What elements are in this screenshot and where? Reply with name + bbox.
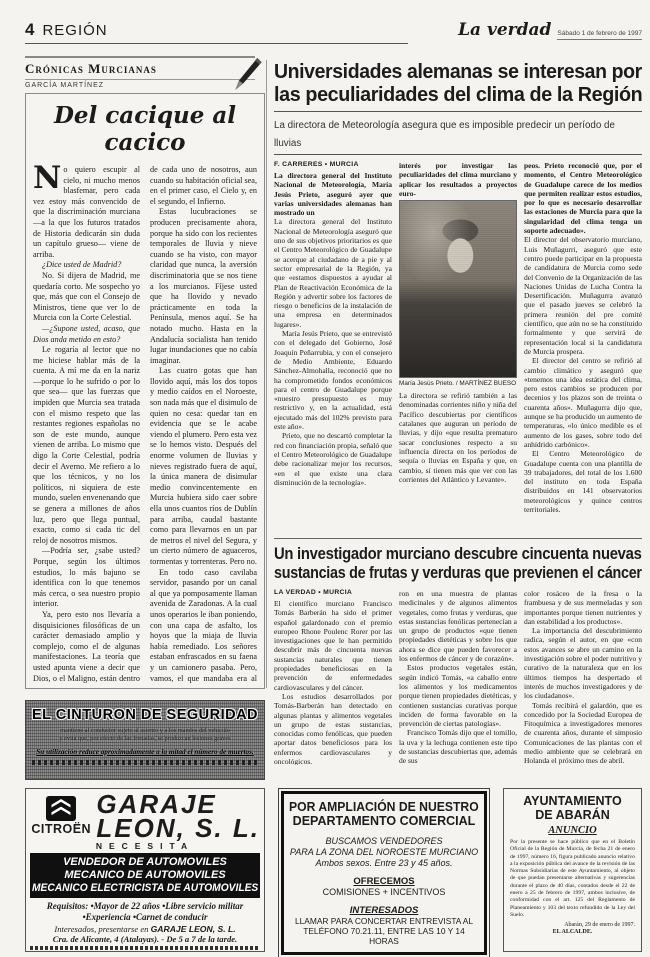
ad-line: Ambos sexos. Entre 23 y 45 años. xyxy=(289,858,479,869)
ad-title: POR AMPLIACIÓN DE NUESTRO xyxy=(289,800,479,814)
article-paragraph: El Centro Meteorológico de Guadalupe cue… xyxy=(524,449,642,514)
header-left: 4REGIÓN xyxy=(25,20,108,40)
garage-jobs-box: VENDEDOR DE AUTOMOVILES MECANICO DE AUTO… xyxy=(30,853,260,898)
abaran-ad: AYUNTAMIENTO DE ABARÁN ANUNCIO Por la pr… xyxy=(503,788,642,952)
ad-offer-label: OFRECEMOS xyxy=(289,876,479,887)
garage-job: MECANICO ELECTRICISTA DE AUTOMOVILES xyxy=(32,882,258,895)
abaran-date: Abarán, 29 de enero de 1997. xyxy=(510,922,635,928)
main-headline: las peculiaridades del clima de la Regió… xyxy=(274,83,642,106)
article-paragraph: Francisco Tomás dijo que el tomillo, la … xyxy=(399,728,517,765)
second-headline: sustancias de frutas y verduras que prev… xyxy=(274,564,642,583)
article-paragraph: El director del centro se refirió al cam… xyxy=(524,356,642,449)
column-paragraph: —¿Supone usted, acaso, que Dios anda met… xyxy=(33,324,140,345)
article-paragraph: La importancia del descubrimiento radica… xyxy=(524,626,642,700)
citroen-chevron-icon xyxy=(46,796,76,821)
article-column-1: F. CARRERES • MURCIA La directora genera… xyxy=(274,161,392,529)
cronica-rule xyxy=(25,56,255,58)
main-subhead: La directora de Meteorología asegura que… xyxy=(274,120,615,149)
column-paragraph: —Podría ser, ¿sabe usted? Porque, según … xyxy=(33,546,140,610)
column-paragraph: Estas lucubraciones se producen precisam… xyxy=(150,207,257,366)
seatbelt-banner: EL CINTURON DE SEGURIDAD mantiene al con… xyxy=(25,700,265,780)
article-paragraph: Tomás recibirá el galardón, que es conce… xyxy=(524,701,642,765)
page-number: 4 xyxy=(25,20,34,39)
seatbelt-banner-title: EL CINTURON DE SEGURIDAD xyxy=(32,707,258,723)
ad-offer-value: COMISIONES + INCENTIVOS xyxy=(289,887,479,897)
ads-row: CITROËN GARAJE LEON, S. L. NECESITA VEND… xyxy=(25,788,642,957)
column-divider xyxy=(266,60,267,688)
column-paragraph: Le rogaría al lector que no me hiciese h… xyxy=(33,345,140,546)
ad-line: BUSCAMOS VENDEDORES xyxy=(289,836,479,847)
ad-interested-label: INTERESADOS xyxy=(289,905,479,916)
cronica-body: No quiero escupir al cielo, ni mucho men… xyxy=(33,165,257,685)
page-header: 4REGIÓN La verdadSábado 1 de febrero de … xyxy=(25,20,642,44)
article-column-1: LA VERDAD • MURCIA El científico murcian… xyxy=(274,589,392,765)
article-paragraph: ron en una muestra de plantas medicinale… xyxy=(399,589,517,663)
second-article: Un investigador murciano descubre cincue… xyxy=(274,538,642,765)
garage-name: LEON, S. L. xyxy=(96,816,260,840)
abaran-body: Por la presente se hace público que en e… xyxy=(510,839,635,919)
seatbelt-banner-text: mantiene al conductor sujeto al asiento … xyxy=(32,727,258,735)
issue-date: Sábado 1 de febrero de 1997 xyxy=(557,30,642,40)
masthead: La verdad xyxy=(458,20,551,40)
ad-title: DEPARTAMENTO COMERCIAL xyxy=(293,814,476,828)
comercial-ad: POR AMPLIACIÓN DE NUESTRO DEPARTAMENTO C… xyxy=(278,788,490,957)
drop-cap: N xyxy=(33,165,63,191)
garage-requirements: Requisitos: •Mayor de 22 años •Libre ser… xyxy=(30,901,260,922)
photo-caption: María Jesús Prieto. / MARTÍNEZ BUESO xyxy=(399,380,517,387)
cronica-frame: Del cacique al cacico No quiero escupir … xyxy=(25,93,265,689)
column-paragraph: Las cuatro gotas que han llovido aquí, m… xyxy=(150,366,257,567)
garage-address: Cra. de Alicante, 4 (Atalayas). - De 5 a… xyxy=(30,934,260,944)
article-paragraph: La directora se refirió también a las de… xyxy=(399,391,517,484)
article-column-2: ron en una muestra de plantas medicinale… xyxy=(399,589,517,765)
ad-contact: TELÉFONO 70.21.11, ENTRE LAS 10 Y 14 HOR… xyxy=(289,926,479,946)
article-column-3: color rosáceo de la fresa o la frambuesa… xyxy=(524,589,642,765)
cronica-column: Crónicas Murcianas GARCÍA MARTÍNEZ Del c… xyxy=(25,56,265,689)
column-paragraph: ¿Dice usted de Madrid? xyxy=(33,260,140,271)
main-article: Universidades alemanas se interesan por … xyxy=(274,60,642,765)
article-paragraph: El científico murciano Francisco Tomás B… xyxy=(274,599,392,692)
article-paragraph: María Jesús Prieto, que se entrevistó co… xyxy=(274,329,392,431)
lead-paragraph: La directora general del Instituto Nacio… xyxy=(274,171,392,217)
abaran-title: AYUNTAMIENTO xyxy=(510,794,635,808)
article-paragraph: Los estudios desarrollados por Tomás-Bar… xyxy=(274,692,392,765)
section-title: REGIÓN xyxy=(42,22,107,39)
column-paragraph: No quiero escupir al cielo, ni mucho men… xyxy=(33,165,140,260)
header-right: La verdadSábado 1 de febrero de 1997 xyxy=(458,20,642,40)
main-headline: Universidades alemanas se interesan por xyxy=(274,60,642,83)
main-byline: F. CARRERES • MURCIA xyxy=(274,161,392,168)
second-byline: LA VERDAD • MURCIA xyxy=(274,589,392,596)
lead-paragraph: interés por investigar las peculiaridade… xyxy=(399,161,517,198)
ad-contact: LLAMAR PARA CONCERTAR ENTREVISTA AL xyxy=(289,916,479,926)
garaje-leon-ad: CITROËN GARAJE LEON, S. L. NECESITA VEND… xyxy=(25,788,265,952)
ad-line: PARA LA ZONA DEL NOROESTE MURCIANO xyxy=(289,847,479,858)
citroen-brand: CITROËN xyxy=(31,822,91,836)
portrait-photo xyxy=(399,200,517,378)
pen-icon xyxy=(229,56,263,99)
article-paragraph: La directora general del Instituto Nacio… xyxy=(274,217,392,329)
column-title: Del cacique al cacico xyxy=(33,102,257,156)
lead-paragraph: peos. Prieto reconoció que, por el momen… xyxy=(524,161,642,235)
newspaper-page: { "page": { "number": "4", "section": "R… xyxy=(0,0,650,957)
header-rule xyxy=(25,43,408,44)
article-paragraph: Prieto, que no descartó completar la red… xyxy=(274,431,392,487)
main-subhead-block: La directora de Meteorología asegura que… xyxy=(274,111,642,155)
garage-job: MECANICO DE AUTOMOVILES xyxy=(64,869,225,882)
garage-hatch-strip xyxy=(30,946,260,950)
article-paragraph: El director del observatorio murciano, L… xyxy=(524,235,642,356)
garage-job: VENDEDOR DE AUTOMOVILES xyxy=(63,856,227,869)
abaran-title: DE ABARÁN xyxy=(510,808,635,822)
abaran-subtitle: ANUNCIO xyxy=(510,825,635,836)
article-column-3: peos. Prieto reconoció que, por el momen… xyxy=(524,161,642,529)
second-article-body: LA VERDAD • MURCIA El científico murcian… xyxy=(274,589,642,765)
article-column-2: interés por investigar las peculiaridade… xyxy=(399,161,517,529)
seatbelt-banner-footer: Su utilización reduce aproximadamente a … xyxy=(32,748,258,756)
article-paragraph: Estos productos vegetales están, según i… xyxy=(399,663,517,728)
column-paragraph: No. Si dijera de Madrid, me quedaría cor… xyxy=(33,271,140,324)
abaran-signature: EL ALCALDE. xyxy=(510,929,635,935)
seatbelt-banner-strip xyxy=(32,760,258,765)
main-article-body: F. CARRERES • MURCIA La directora genera… xyxy=(274,161,642,529)
article-paragraph: color rosáceo de la fresa o la frambuesa… xyxy=(524,589,642,626)
garage-contact: Interesados, presentarse en GARAJE LEON,… xyxy=(30,924,260,934)
cronica-rule xyxy=(25,79,255,80)
second-headline: Un investigador murciano descubre cincue… xyxy=(274,545,642,564)
seatbelt-banner-text: y evita que, por efecto de las frenadas,… xyxy=(32,735,258,743)
